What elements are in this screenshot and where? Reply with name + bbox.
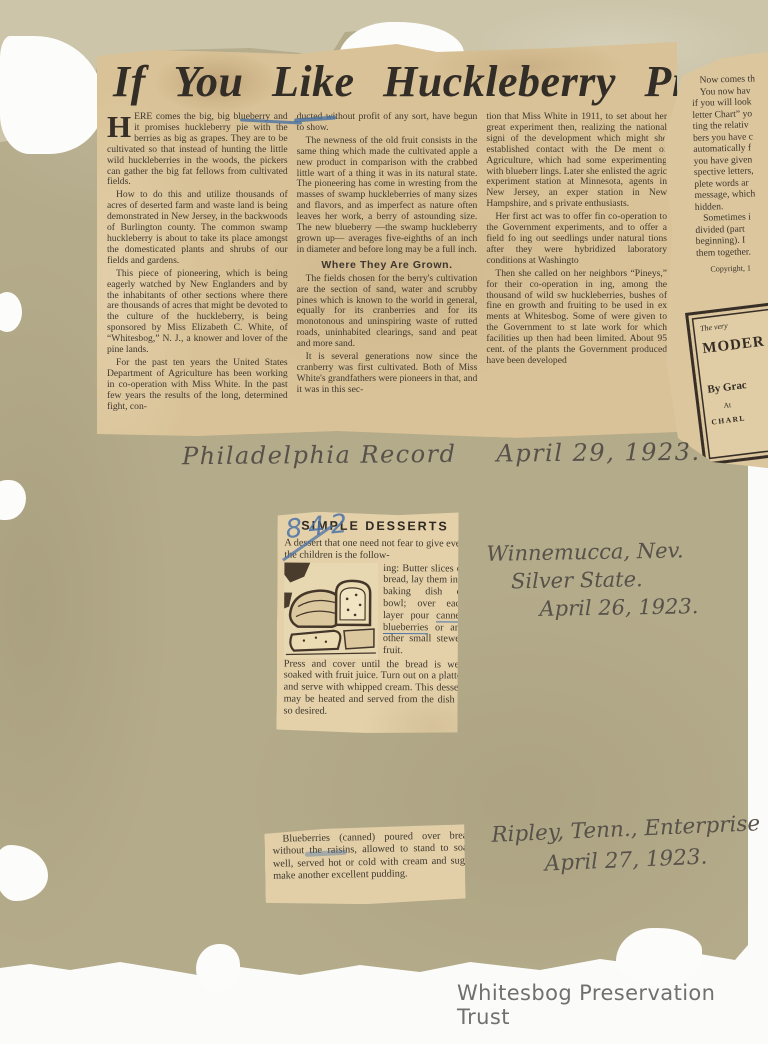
copyright-line: Copyright, 1: [696, 262, 768, 275]
handwritten-ripley-annotation: Ripley, Tenn., Enterprise April 27, 1923…: [491, 808, 762, 882]
torn-hole: [196, 944, 240, 992]
desserts-closing: Press and cover until the bread is well …: [284, 658, 465, 718]
pudding-text: Blueberries (canned) poured over bread w…: [272, 830, 473, 883]
handwritten-line: Winnemucca, Nev.: [486, 536, 697, 568]
ad-location: CHARL: [711, 407, 768, 427]
text-line: them together.: [696, 246, 768, 259]
paragraph: Then she called on her neighbors “Pineys…: [486, 269, 667, 367]
paragraph: ducted without profit of any sort, have …: [297, 112, 478, 134]
paragraph: This piece of pioneering, which is being…: [107, 269, 288, 356]
bread-loaves-illustration: [284, 562, 379, 658]
paragraph: Her first act was to offer fin co-operat…: [486, 212, 667, 267]
ad-title: MODER: [702, 331, 768, 359]
handwritten-line: April 26, 1923.: [539, 592, 698, 623]
desserts-row: ing: Butter slices of bread, lay them in…: [284, 562, 466, 659]
pudding-recipe-clipping: Blueberries (canned) poured over bread w…: [264, 824, 481, 908]
scrapbook-scan: If You Like Huckleberry Pie— HERE comes …: [0, 0, 768, 1044]
handwritten-winnemucca-annotation: Winnemucca, Nev. Silver State. April 26,…: [486, 536, 698, 624]
torn-hole: [616, 928, 702, 986]
article-column-3: tion that Miss White in 1911, to set abo…: [486, 112, 667, 414]
ad-tagline: The very: [699, 314, 768, 334]
main-newspaper-clipping: If You Like Huckleberry Pie— HERE comes …: [97, 42, 677, 438]
paragraph: The newness of the old fruit consists in…: [297, 136, 478, 256]
clipping-headline: If You Like Huckleberry Pie—: [97, 56, 677, 107]
text-line: Now comes th: [691, 73, 765, 86]
paragraph: The fields chosen for the berry's cultiv…: [297, 274, 478, 350]
paragraph: HERE comes the big, big blueberry and it…: [107, 112, 288, 188]
article-columns: HERE comes the big, big blueberry and it…: [97, 107, 677, 414]
paragraph: For the past ten years the United States…: [107, 358, 288, 413]
handwritten-philadelphia-annotation: Philadelphia Record April 29, 1923.: [182, 438, 701, 471]
simple-desserts-clipping: SIMPLE DESSERTS A dessert that one need …: [276, 511, 472, 738]
side-clipping-text: Now comes th You now hav if you will loo…: [691, 73, 768, 275]
article-subhead: Where They Are Grown.: [297, 260, 478, 271]
ad-byline: By Grac: [707, 373, 768, 396]
desserts-wrapped-text: ing: Butter slices of bread, lay them in…: [383, 563, 466, 659]
paragraph: tion that Miss White in 1911, to set abo…: [486, 112, 667, 210]
drop-cap: H: [107, 112, 134, 139]
handwritten-source: Philadelphia Record: [182, 440, 457, 470]
paragraph: How to do this and utilize thousands of …: [107, 190, 288, 266]
article-column-1: HERE comes the big, big blueberry and it…: [107, 112, 288, 414]
handwritten-line: Silver State.: [511, 564, 698, 595]
ad-at-line: At: [723, 392, 768, 410]
paragraph: It is several generations now since the …: [297, 352, 478, 396]
handwritten-date: April 29, 1923.: [496, 438, 700, 468]
watermark-text: Whitesbog Preservation Trust: [457, 981, 768, 1029]
article-column-2: ducted without profit of any sort, have …: [297, 112, 478, 414]
